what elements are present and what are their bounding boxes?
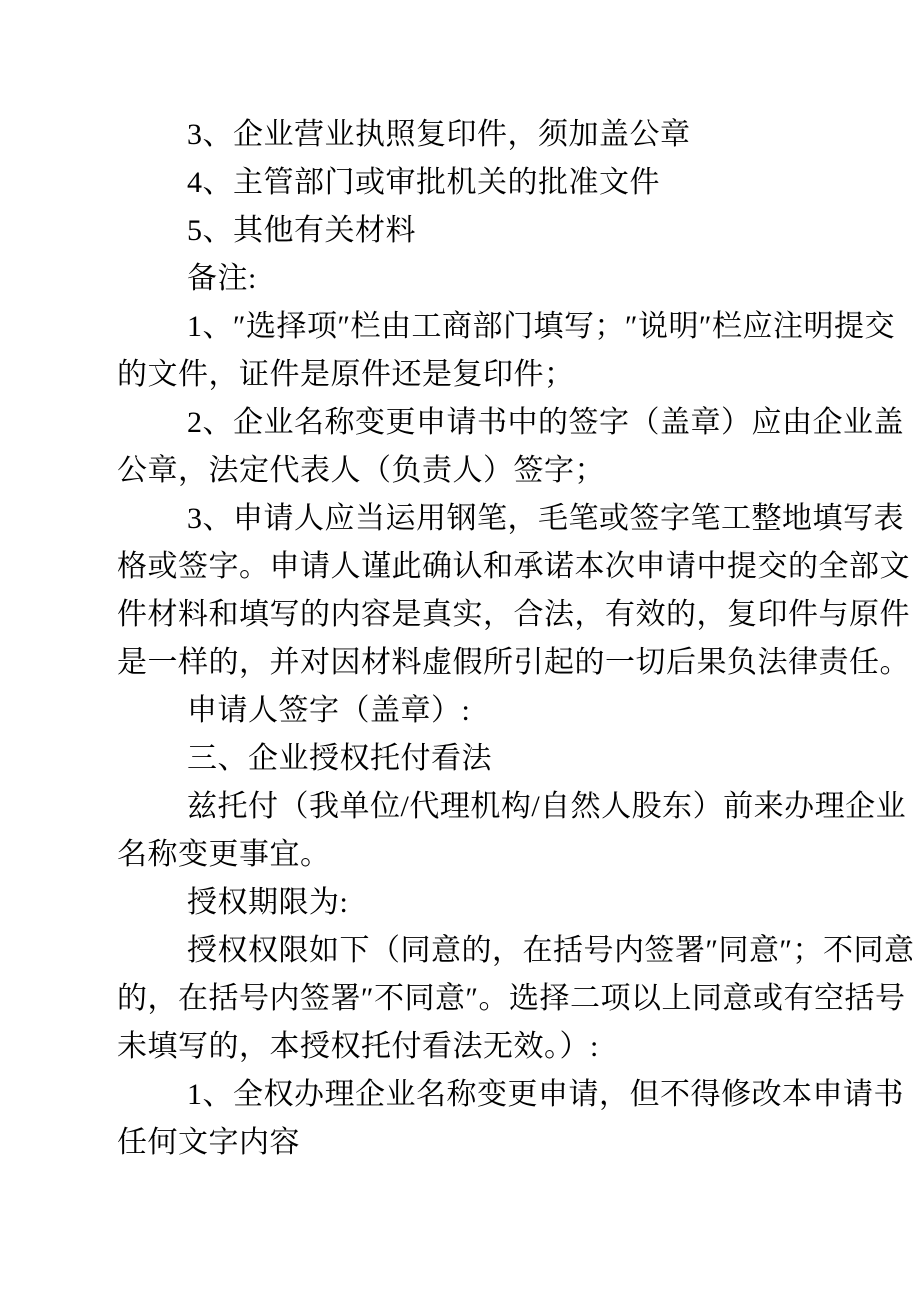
text-line: 5、其他有关材料 xyxy=(117,207,900,255)
text-line: 格或签字。申请人谨此确认和承诺本次申请中提交的全部文 xyxy=(117,543,900,591)
text-line: 三、企业授权托付看法 xyxy=(117,735,900,783)
text-line: 是一样的，并对因材料虚假所引起的一切后果负法律责任。 xyxy=(117,639,900,687)
text-line: 兹托付（我单位/代理机构/自然人股东）前来办理企业 xyxy=(117,783,900,831)
text-line: 授权期限为: xyxy=(117,879,900,927)
document-body: 3、企业营业执照复印件，须加盖公章4、主管部门或审批机关的批准文件5、其他有关材… xyxy=(0,0,920,1167)
text-line: 授权权限如下（同意的，在括号内签署″同意″；不同意 xyxy=(117,927,900,975)
text-line: 备注: xyxy=(117,255,900,303)
text-line: 未填写的，本授权托付看法无效。）: xyxy=(117,1023,900,1071)
text-line: 名称变更事宜。 xyxy=(117,831,900,879)
text-line: 3、企业营业执照复印件，须加盖公章 xyxy=(117,111,900,159)
text-line: 2、企业名称变更申请书中的签字（盖章）应由企业盖 xyxy=(117,399,900,447)
document-page: 3、企业营业执照复印件，须加盖公章4、主管部门或审批机关的批准文件5、其他有关材… xyxy=(0,0,920,1302)
text-line: 3、申请人应当运用钢笔，毛笔或签字笔工整地填写表 xyxy=(117,495,900,543)
text-line: 申请人签字（盖章）: xyxy=(117,687,900,735)
text-line: 公章，法定代表人（负责人）签字； xyxy=(117,447,900,495)
text-line: 任何文字内容 xyxy=(117,1119,900,1167)
text-line: 1、全权办理企业名称变更申请，但不得修改本申请书 xyxy=(117,1071,900,1119)
text-line: 的，在括号内签署″不同意″。选择二项以上同意或有空括号 xyxy=(117,975,900,1023)
text-line: 4、主管部门或审批机关的批准文件 xyxy=(117,159,900,207)
text-line: 件材料和填写的内容是真实，合法，有效的，复印件与原件 xyxy=(117,591,900,639)
text-line: 的文件，证件是原件还是复印件； xyxy=(117,351,900,399)
text-line: 1、″选择项″栏由工商部门填写；″说明″栏应注明提交 xyxy=(117,303,900,351)
